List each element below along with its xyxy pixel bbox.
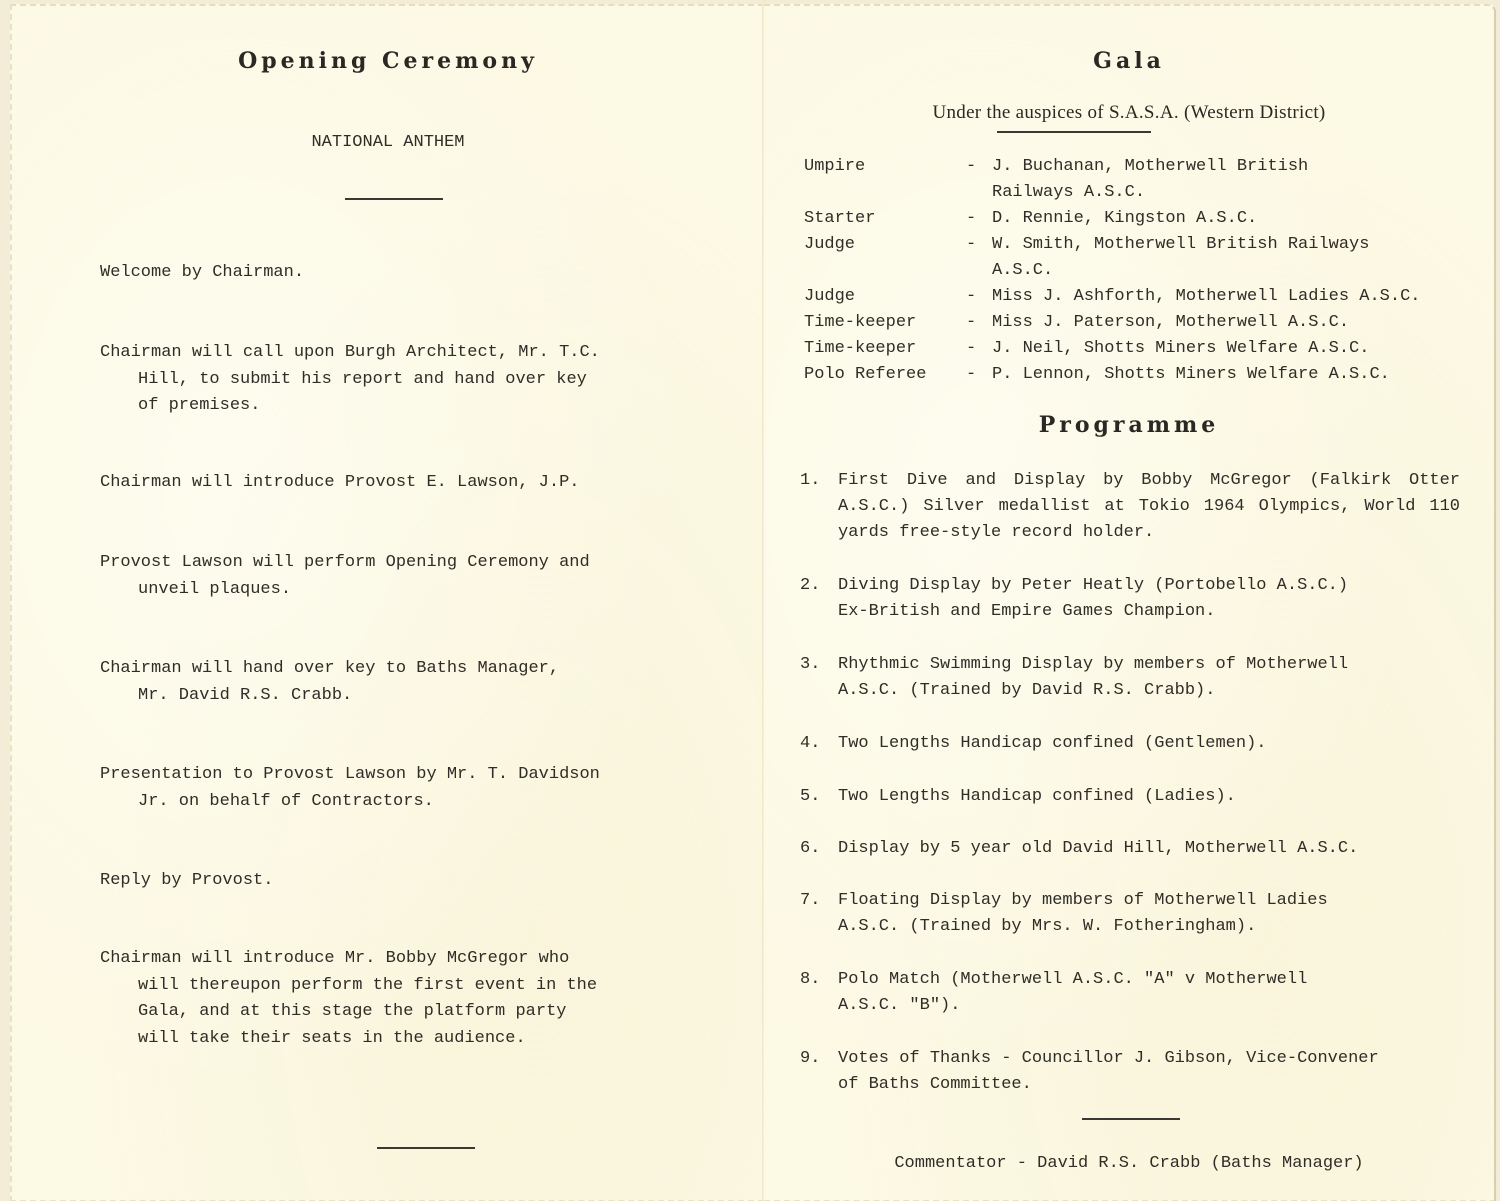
programme-item-number: 4. bbox=[800, 731, 838, 757]
commentator-line: Commentator - David R.S. Crabb (Baths Ma… bbox=[764, 1151, 1494, 1177]
ceremony-item: Chairman will introduce Mr. Bobby McGreg… bbox=[100, 946, 700, 1052]
official-role: Polo Referee bbox=[804, 362, 966, 388]
gala-heading: Gala bbox=[764, 48, 1494, 74]
programme-item-text: Display by 5 year old David Hill, Mother… bbox=[838, 836, 1460, 862]
programme-spread: Opening Ceremony NATIONAL ANTHEM Welcome… bbox=[0, 0, 1500, 1201]
ceremony-item-continuation: Mr. David R.S. Crabb. bbox=[100, 683, 700, 710]
auspices-line: Under the auspices of S.A.S.A. (Western … bbox=[764, 102, 1494, 124]
programme-item-text: First Dive and Display by Bobby McGregor… bbox=[838, 468, 1460, 546]
official-dash: - bbox=[966, 362, 992, 388]
ceremony-item: Provost Lawson will perform Opening Cere… bbox=[100, 550, 700, 603]
programme-item-text: Two Lengths Handicap confined (Ladies). bbox=[838, 784, 1460, 810]
official-name: J. Buchanan, Motherwell British Railways… bbox=[992, 154, 1484, 206]
ceremony-item: Reply by Provost. bbox=[100, 868, 700, 895]
official-role: Judge bbox=[804, 232, 966, 284]
official-role: Starter bbox=[804, 206, 966, 232]
divider-rule bbox=[377, 1147, 475, 1149]
ceremony-item-continuation: will thereupon perform the first event i… bbox=[100, 973, 700, 1000]
programme-item: 7. Floating Display by members of Mother… bbox=[800, 888, 1460, 940]
programme-item-text: Floating Display by members of Motherwel… bbox=[838, 888, 1460, 940]
programme-item-number: 5. bbox=[800, 784, 838, 810]
opening-ceremony-heading: Opening Ceremony bbox=[12, 48, 764, 74]
programme-item-number: 9. bbox=[800, 1046, 838, 1098]
programme-item-text: Votes of Thanks - Councillor J. Gibson, … bbox=[838, 1046, 1460, 1098]
ceremony-item-text: Chairman will introduce Mr. Bobby McGreg… bbox=[100, 946, 700, 973]
programme-item: 2. Diving Display by Peter Heatly (Porto… bbox=[800, 573, 1460, 625]
ceremony-item-text: Reply by Provost. bbox=[100, 868, 700, 895]
official-name: Miss J. Paterson, Motherwell A.S.C. bbox=[992, 310, 1484, 336]
official-role: Judge bbox=[804, 284, 966, 310]
official-name: W. Smith, Motherwell British Railways A.… bbox=[992, 232, 1484, 284]
programme-item-text: Diving Display by Peter Heatly (Portobel… bbox=[838, 573, 1460, 625]
divider-rule bbox=[1082, 1118, 1180, 1120]
right-page: Gala Under the auspices of S.A.S.A. (Wes… bbox=[764, 4, 1496, 1201]
programme-item-text: Polo Match (Motherwell A.S.C. "A" v Moth… bbox=[838, 967, 1460, 1019]
official-row: Time-keeper - Miss J. Paterson, Motherwe… bbox=[804, 310, 1484, 336]
official-row: Polo Referee - P. Lennon, Shotts Miners … bbox=[804, 362, 1484, 388]
official-row: Starter - D. Rennie, Kingston A.S.C. bbox=[804, 206, 1484, 232]
ceremony-item-text: Provost Lawson will perform Opening Cere… bbox=[100, 550, 700, 577]
programme-item-number: 3. bbox=[800, 652, 838, 704]
official-name: P. Lennon, Shotts Miners Welfare A.S.C. bbox=[992, 362, 1484, 388]
official-name: D. Rennie, Kingston A.S.C. bbox=[992, 206, 1484, 232]
official-role: Time-keeper bbox=[804, 336, 966, 362]
official-name: Miss J. Ashforth, Motherwell Ladies A.S.… bbox=[992, 284, 1484, 310]
ceremony-item: Chairman will call upon Burgh Architect,… bbox=[100, 340, 700, 420]
programme-item-text: Rhythmic Swimming Display by members of … bbox=[838, 652, 1460, 704]
ceremony-item-text: Chairman will introduce Provost E. Lawso… bbox=[100, 470, 700, 497]
official-role: Time-keeper bbox=[804, 310, 966, 336]
ceremony-item-text: Chairman will hand over key to Baths Man… bbox=[100, 656, 700, 683]
programme-item: 6. Display by 5 year old David Hill, Mot… bbox=[800, 836, 1460, 862]
left-page: Opening Ceremony NATIONAL ANTHEM Welcome… bbox=[10, 4, 764, 1201]
programme-item: 5. Two Lengths Handicap confined (Ladies… bbox=[800, 784, 1460, 810]
programme-item-number: 6. bbox=[800, 836, 838, 862]
official-dash: - bbox=[966, 336, 992, 362]
programme-item: 9. Votes of Thanks - Councillor J. Gibso… bbox=[800, 1046, 1460, 1098]
official-dash: - bbox=[966, 284, 992, 310]
programme-item-number: 1. bbox=[800, 468, 838, 546]
ceremony-item: Chairman will introduce Provost E. Lawso… bbox=[100, 470, 700, 497]
programme-item: 8. Polo Match (Motherwell A.S.C. "A" v M… bbox=[800, 967, 1460, 1019]
programme-item: 4. Two Lengths Handicap confined (Gentle… bbox=[800, 731, 1460, 757]
ceremony-item: Welcome by Chairman. bbox=[100, 260, 700, 287]
ceremony-item-continuation: Hill, to submit his report and hand over… bbox=[100, 367, 700, 394]
official-row: Judge - Miss J. Ashforth, Motherwell Lad… bbox=[804, 284, 1484, 310]
ceremony-item-text: Welcome by Chairman. bbox=[100, 260, 700, 287]
programme-item: 1. First Dive and Display by Bobby McGre… bbox=[800, 468, 1460, 546]
programme-item-text: Two Lengths Handicap confined (Gentlemen… bbox=[838, 731, 1460, 757]
programme-item: 3. Rhythmic Swimming Display by members … bbox=[800, 652, 1460, 704]
official-name: J. Neil, Shotts Miners Welfare A.S.C. bbox=[992, 336, 1484, 362]
official-dash: - bbox=[966, 154, 992, 206]
programme-item-number: 2. bbox=[800, 573, 838, 625]
auspices-underline bbox=[997, 131, 1151, 133]
ceremony-item-continuation: of premises. bbox=[100, 393, 700, 420]
ceremony-item-text: Chairman will call upon Burgh Architect,… bbox=[100, 340, 700, 367]
ceremony-item-text: Presentation to Provost Lawson by Mr. T.… bbox=[100, 762, 700, 789]
programme-heading: Programme bbox=[764, 412, 1494, 438]
programme-item-number: 7. bbox=[800, 888, 838, 940]
official-dash: - bbox=[966, 310, 992, 336]
official-dash: - bbox=[966, 232, 992, 284]
programme-item-number: 8. bbox=[800, 967, 838, 1019]
official-dash: - bbox=[966, 206, 992, 232]
national-anthem-line: NATIONAL ANTHEM bbox=[12, 130, 764, 156]
ceremony-item: Presentation to Provost Lawson by Mr. T.… bbox=[100, 762, 700, 815]
official-role: Umpire bbox=[804, 154, 966, 206]
ceremony-item-continuation: Gala, and at this stage the platform par… bbox=[100, 999, 700, 1026]
officials-list: Umpire - J. Buchanan, Motherwell British… bbox=[804, 154, 1484, 388]
official-row: Umpire - J. Buchanan, Motherwell British… bbox=[804, 154, 1484, 206]
ceremony-item-continuation: Jr. on behalf of Contractors. bbox=[100, 789, 700, 816]
ceremony-item-continuation: will take their seats in the audience. bbox=[100, 1026, 700, 1053]
divider-rule bbox=[345, 198, 443, 200]
ceremony-item: Chairman will hand over key to Baths Man… bbox=[100, 656, 700, 709]
ceremony-item-continuation: unveil plaques. bbox=[100, 577, 700, 604]
official-row: Judge - W. Smith, Motherwell British Rai… bbox=[804, 232, 1484, 284]
official-row: Time-keeper - J. Neil, Shotts Miners Wel… bbox=[804, 336, 1484, 362]
